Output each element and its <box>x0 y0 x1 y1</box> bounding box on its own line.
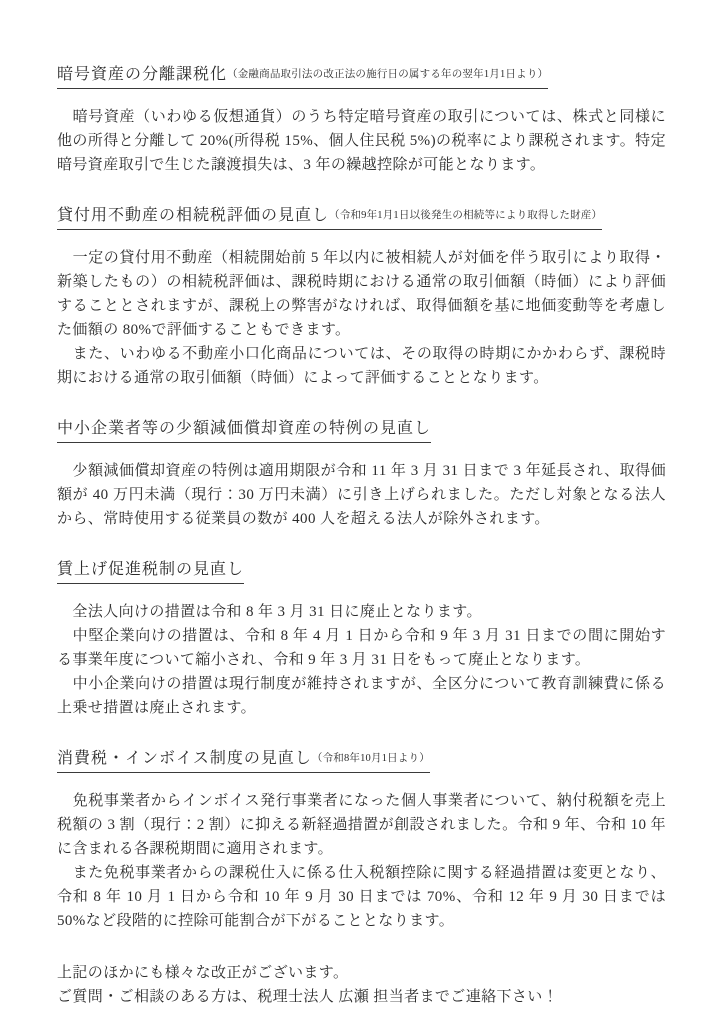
footer-line: ご質問・ご相談のある方は、税理士法人 広瀬 担当者までご連絡下さい！ <box>57 985 666 1009</box>
heading-title: 消費税・インボイス制度の見直し <box>57 750 312 767</box>
section-body: 暗号資産（いわゆる仮想通貨）のうち特定暗号資産の取引については、株式と同様に他の… <box>57 105 666 177</box>
footer-line: 上記のほかにも様々な改正がございます。 <box>57 961 666 985</box>
section-rental-property-valuation: 貸付用不動産の相続税評価の見直し（令和9年1月1日以後発生の相続等により取得した… <box>57 205 666 390</box>
heading-title: 貸付用不動産の相続税評価の見直し <box>57 207 329 224</box>
section-crypto-tax: 暗号資産の分離課税化（金融商品取引法の改正法の施行日の属する年の翌年1月1日より… <box>57 64 666 177</box>
heading-note: （令和9年1月1日以後発生の相続等により取得した財産） <box>329 210 602 221</box>
heading-note: （金融商品取引法の改正法の施行日の属する年の翌年1月1日より） <box>227 69 548 80</box>
paragraph: 少額減価償却資産の特例は適用期限が令和 11 年 3 月 31 日まで 3 年延… <box>57 459 666 531</box>
document-page: 暗号資産の分離課税化（金融商品取引法の改正法の施行日の属する年の翌年1月1日より… <box>0 0 724 1024</box>
section-heading: 貸付用不動産の相続税評価の見直し（令和9年1月1日以後発生の相続等により取得した… <box>57 205 602 230</box>
paragraph: また免税事業者からの課税仕入に係る仕入税額控除に関する経過措置は変更となり、令和… <box>57 861 666 933</box>
section-small-depreciable-assets: 中小企業者等の少額減価償却資産の特例の見直し 少額減価償却資産の特例は適用期限が… <box>57 418 666 531</box>
paragraph: 全法人向けの措置は令和 8 年 3 月 31 日に廃止となります。 <box>57 600 666 624</box>
heading-title: 暗号資産の分離課税化 <box>57 66 227 83</box>
section-body: 少額減価償却資産の特例は適用期限が令和 11 年 3 月 31 日まで 3 年延… <box>57 459 666 531</box>
section-heading: 賃上げ促進税制の見直し <box>57 559 244 584</box>
heading-title: 賃上げ促進税制の見直し <box>57 561 244 578</box>
closing-note: 上記のほかにも様々な改正がございます。 ご質問・ご相談のある方は、税理士法人 広… <box>57 961 666 1009</box>
section-body: 一定の貸付用不動産（相続開始前 5 年以内に被相続人が対価を伴う取引により取得・… <box>57 246 666 390</box>
paragraph: また、いわゆる不動産小口化商品については、その取得の時期にかかわらず、課税時期に… <box>57 342 666 390</box>
paragraph: 中堅企業向けの措置は、令和 8 年 4 月 1 日から令和 9 年 3 月 31… <box>57 624 666 672</box>
heading-note: （令和8年10月1日より） <box>312 753 430 764</box>
section-body: 全法人向けの措置は令和 8 年 3 月 31 日に廃止となります。 中堅企業向け… <box>57 600 666 720</box>
section-heading: 消費税・インボイス制度の見直し（令和8年10月1日より） <box>57 748 430 773</box>
section-body: 免税事業者からインボイス発行事業者になった個人事業者について、納付税額を売上税額… <box>57 789 666 933</box>
section-heading: 中小企業者等の少額減価償却資産の特例の見直し <box>57 418 431 443</box>
section-wage-increase-incentive: 賃上げ促進税制の見直し 全法人向けの措置は令和 8 年 3 月 31 日に廃止と… <box>57 559 666 720</box>
paragraph: 一定の貸付用不動産（相続開始前 5 年以内に被相続人が対価を伴う取引により取得・… <box>57 246 666 342</box>
section-heading: 暗号資産の分離課税化（金融商品取引法の改正法の施行日の属する年の翌年1月1日より… <box>57 64 548 89</box>
section-consumption-tax-invoice: 消費税・インボイス制度の見直し（令和8年10月1日より） 免税事業者からインボイ… <box>57 748 666 933</box>
paragraph: 免税事業者からインボイス発行事業者になった個人事業者について、納付税額を売上税額… <box>57 789 666 861</box>
paragraph: 暗号資産（いわゆる仮想通貨）のうち特定暗号資産の取引については、株式と同様に他の… <box>57 105 666 177</box>
heading-title: 中小企業者等の少額減価償却資産の特例の見直し <box>57 420 431 437</box>
paragraph: 中小企業向けの措置は現行制度が維持されますが、全区分について教育訓練費に係る上乗… <box>57 672 666 720</box>
